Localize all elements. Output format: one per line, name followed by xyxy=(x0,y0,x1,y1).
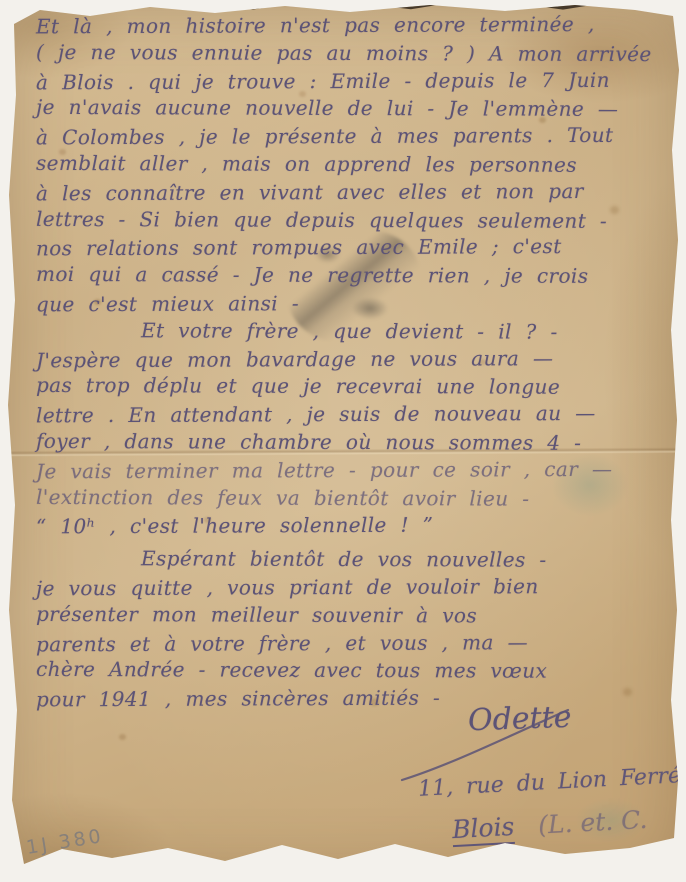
letter-line: parents et à votre frère , et vous , ma … xyxy=(36,628,664,659)
letter-line: pas trop déplu et que je recevrai une lo… xyxy=(36,372,664,402)
letter-line: à Colombes , je le présente à mes parent… xyxy=(36,122,664,153)
letter-line: chère Andrée - recevez avec tous mes vœu… xyxy=(36,656,664,686)
letter-line: moi qui a cassé - Je ne regrette rien , … xyxy=(36,261,664,291)
letter-line: Je vais terminer ma lettre - pour ce soi… xyxy=(36,455,664,486)
letter-line: à Blois . qui je trouve : Emile - depuis… xyxy=(36,66,664,97)
torn-edge-top xyxy=(95,2,680,10)
letter-line: nos relations sont rompues avec Emile ; … xyxy=(36,233,664,264)
letter-line: je n'avais aucune nouvelle de lui - Je l… xyxy=(36,94,664,124)
letter-line: lettre . En attendant , je suis de nouve… xyxy=(36,400,664,431)
foxing-spots xyxy=(0,0,5,4)
letter-line: ( je ne vous ennuie pas au moins ? ) A m… xyxy=(36,39,664,69)
letter-line: J'espère que mon bavardage ne vous aura … xyxy=(36,344,664,375)
archive-reference: 1J 380 xyxy=(25,825,105,859)
letter-line: que c'est mieux ainsi - xyxy=(36,289,664,320)
letter-line: Espérant bientôt de vos nouvelles - xyxy=(36,545,664,575)
letter-line: l'extinction des feux va bientôt avoir l… xyxy=(36,483,664,513)
letter-line: présenter mon meilleur souvenir à vos xyxy=(36,601,664,631)
letter-line: semblait aller , mais on apprend les per… xyxy=(36,150,664,180)
letter-paper: Et là , mon histoire n'est pas encore te… xyxy=(0,0,686,882)
letter-line: Et là , mon histoire n'est pas encore te… xyxy=(36,11,664,42)
letter-line: à les connaître en vivant avec elles et … xyxy=(36,177,664,208)
letter-line: Et votre frère , que devient - il ? - xyxy=(36,317,664,347)
address-department: (L. et. C. xyxy=(537,805,648,840)
address-city: Blois xyxy=(451,812,515,847)
letter-line: je vous quitte , vous priant de vouloir … xyxy=(36,573,664,604)
address-city-line: Blois (L. et. C. xyxy=(451,805,648,844)
letter-line: “ 10ʰ , c'est l'heure solennelle ! ” xyxy=(36,511,664,542)
letter-line: foyer , dans une chambre où nous sommes … xyxy=(36,428,664,458)
letter-body: Et là , mon histoire n'est pas encore te… xyxy=(36,12,664,713)
letter-line: lettres - Si bien que depuis quelques se… xyxy=(36,205,664,235)
